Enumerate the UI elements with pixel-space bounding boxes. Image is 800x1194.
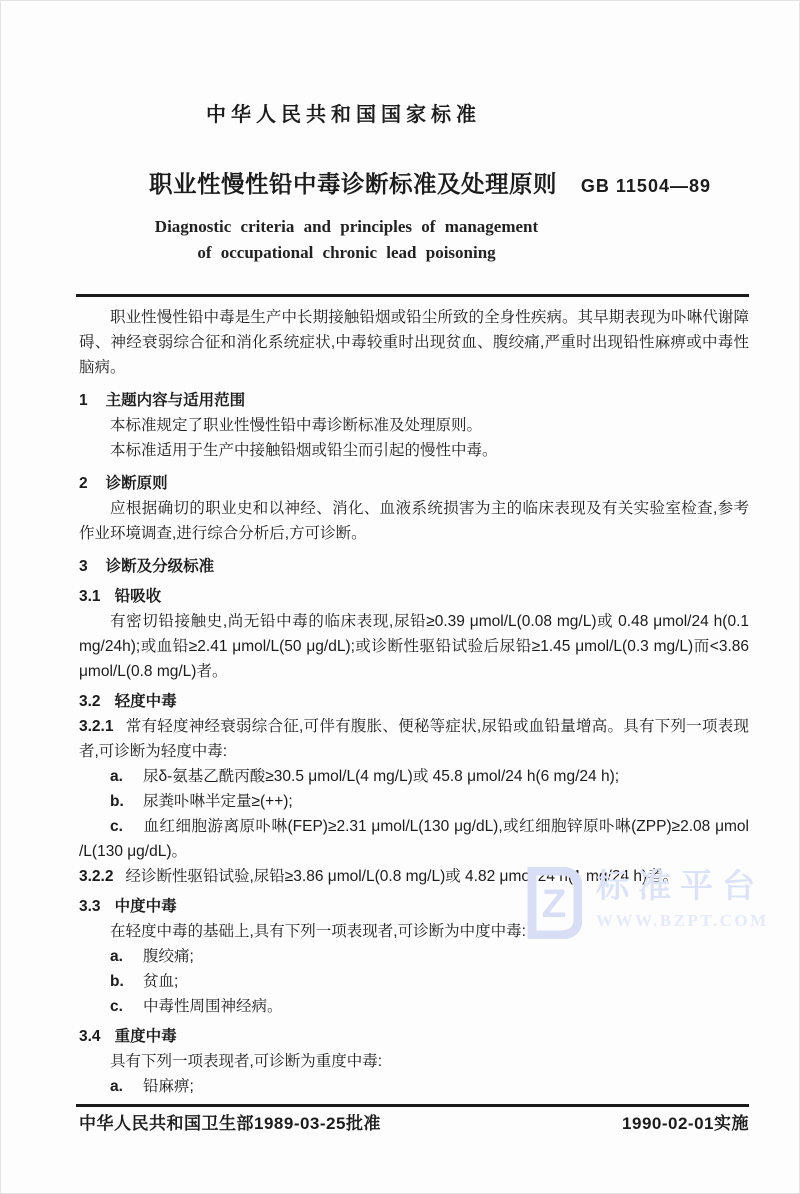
section-1-paragraph-2: 本标准适用于生产中接触铅烟或铅尘而引起的慢性中毒。	[79, 438, 749, 463]
list-marker-b: b.	[110, 969, 132, 994]
section-3-2-heading: 3.2轻度中毒	[79, 689, 749, 714]
section-3-4-title: 重度中毒	[115, 1028, 177, 1045]
document-page: 中华人民共和国国家标准 职业性慢性铅中毒诊断标准及处理原则 GB 11504—8…	[0, 0, 800, 1194]
section-3-2-number: 3.2	[79, 693, 101, 710]
list-item-a: a.腹绞痛;	[79, 944, 749, 969]
list-item-a-text: 铅麻痹;	[143, 1078, 194, 1095]
section-2-number: 2	[79, 475, 88, 492]
list-marker-a: a.	[110, 944, 132, 969]
list-item-b-text: 尿粪卟啉半定量≥(++);	[143, 793, 293, 810]
clause-3-2-1-number: 3.2.1	[79, 718, 113, 735]
section-3-title: 诊断及分级标准	[106, 558, 215, 575]
list-marker-a: a.	[110, 764, 132, 789]
footer: 中华人民共和国卫生部1989-03-25批准 1990-02-01实施	[79, 1113, 749, 1135]
list-item-a: a.尿δ-氨基乙酰丙酸≥30.5 μmol/L(4 mg/L)或 45.8 μm…	[79, 764, 749, 789]
approval-note: 中华人民共和国卫生部1989-03-25批准	[79, 1113, 381, 1135]
section-2-paragraph: 应根据确切的职业史和以神经、消化、血液系统损害为主的临床表现及有关实验室检查,参…	[79, 496, 749, 546]
list-marker-c: c.	[110, 814, 132, 839]
section-1-number: 1	[79, 392, 88, 409]
english-subtitle-line1: Diagnostic criteria and principles of ma…	[79, 214, 614, 240]
section-1-title: 主题内容与适用范围	[106, 392, 246, 409]
section-3-1-number: 3.1	[79, 588, 101, 605]
implementation-note: 1990-02-01实施	[622, 1113, 749, 1135]
english-subtitle: Diagnostic criteria and principles of ma…	[79, 214, 614, 266]
section-1-paragraph-1: 本标准规定了职业性慢性铅中毒诊断标准及处理原则。	[79, 413, 749, 438]
list-item-c-text: 血红细胞游离原卟啉(FEP)≥2.31 μmol/L(130 μg/dL),或红…	[79, 818, 749, 860]
section-3-3-paragraph: 在轻度中毒的基础上,具有下列一项表现者,可诊断为中度中毒:	[79, 919, 749, 944]
standard-code: GB 11504—89	[581, 174, 711, 198]
section-3-4-number: 3.4	[79, 1028, 101, 1045]
section-1-heading: 1主题内容与适用范围	[79, 388, 749, 413]
list-item-c: c.中毒性周围神经病。	[79, 994, 749, 1019]
title-row: 职业性慢性铅中毒诊断标准及处理原则 GB 11504—89	[79, 170, 749, 198]
section-3-2-title: 轻度中毒	[115, 693, 177, 710]
list-item-b: b.尿粪卟啉半定量≥(++);	[79, 789, 749, 814]
document-title: 职业性慢性铅中毒诊断标准及处理原则	[149, 170, 557, 198]
list-marker-a: a.	[110, 1074, 132, 1099]
clause-3-2-2-text: 经诊断性驱铅试验,尿铅≥3.86 μmol/L(0.8 mg/L)或 4.82 …	[125, 868, 678, 885]
section-3-3-heading: 3.3中度中毒	[79, 894, 749, 919]
clause-3-2-2: 3.2.2经诊断性驱铅试验,尿铅≥3.86 μmol/L(0.8 mg/L)或 …	[79, 864, 749, 889]
section-3-1-title: 铅吸收	[115, 588, 162, 605]
section-3-1-heading: 3.1铅吸收	[79, 584, 749, 609]
section-2-heading: 2诊断原则	[79, 471, 749, 496]
bottom-rule	[76, 1104, 749, 1107]
list-item-b-text: 贫血;	[143, 973, 178, 990]
standard-kicker: 中华人民共和国国家标准	[206, 103, 749, 127]
section-3-4-paragraph: 具有下列一项表现者,可诊断为重度中毒:	[79, 1049, 749, 1074]
section-3-3-title: 中度中毒	[115, 898, 177, 915]
clause-3-2-1-text: 常有轻度神经衰弱综合征,可伴有腹胀、便秘等症状,尿铅或血铅量增高。具有下列一项表…	[79, 718, 749, 760]
list-item-a: a.铅麻痹;	[79, 1074, 749, 1099]
list-marker-c: c.	[110, 994, 132, 1019]
list-item-a-text: 尿δ-氨基乙酰丙酸≥30.5 μmol/L(4 mg/L)或 45.8 μmol…	[143, 768, 619, 785]
section-2-title: 诊断原则	[106, 475, 168, 492]
section-3-3-number: 3.3	[79, 898, 101, 915]
list-item-c: c.血红细胞游离原卟啉(FEP)≥2.31 μmol/L(130 μg/dL),…	[79, 814, 749, 864]
list-item-c-text: 中毒性周围神经病。	[143, 998, 283, 1015]
english-subtitle-line2: of occupational chronic lead poisoning	[79, 240, 614, 266]
section-3-heading: 3诊断及分级标准	[79, 554, 749, 579]
clause-3-2-2-number: 3.2.2	[79, 868, 113, 885]
section-3-1-paragraph: 有密切铅接触史,尚无铅中毒的临床表现,尿铅≥0.39 μmol/L(0.08 m…	[79, 609, 749, 684]
clause-3-2-1: 3.2.1常有轻度神经衰弱综合征,可伴有腹胀、便秘等症状,尿铅或血铅量增高。具有…	[79, 714, 749, 764]
list-marker-b: b.	[110, 789, 132, 814]
list-item-b: b.贫血;	[79, 969, 749, 994]
section-3-number: 3	[79, 558, 88, 575]
top-rule	[76, 294, 749, 297]
section-3-4-heading: 3.4重度中毒	[79, 1024, 749, 1049]
list-item-a-text: 腹绞痛;	[143, 948, 194, 965]
intro-paragraph: 职业性慢性铅中毒是生产中长期接触铅烟或铅尘所致的全身性疾病。其早期表现为卟啉代谢…	[79, 305, 749, 380]
